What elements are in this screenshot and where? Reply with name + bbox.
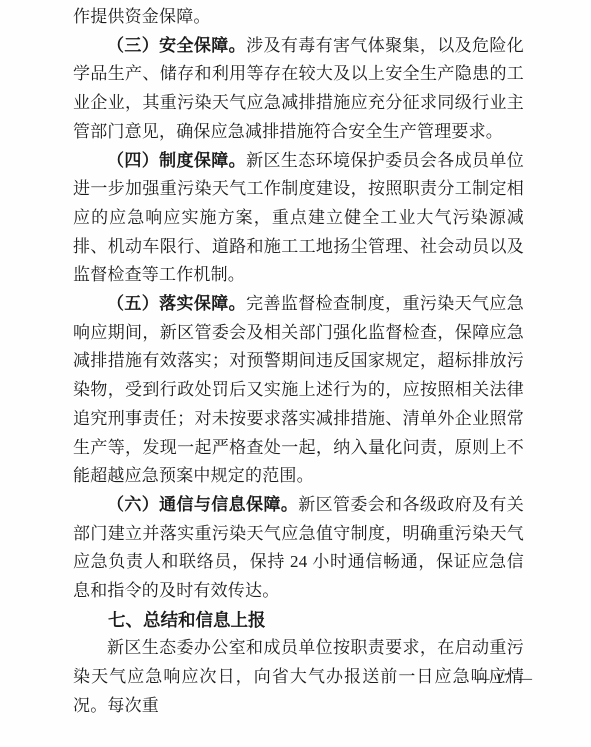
heading-text: 七、总结和信息上报 <box>108 610 266 630</box>
paragraph-lead: （四）制度保障。 <box>107 151 246 170</box>
paragraph-text: 完善监督检查制度，重污染天气应急响应期间，新区管委会及相关部门强化监督检查，保障… <box>73 294 524 485</box>
paragraph-communication-guarantee: （六）通信与信息保障。新区管委会和各级政府及有关部门建立并落实重污染天气应急值守… <box>73 491 524 606</box>
paragraph-system-guarantee: （四）制度保障。新区生态环境保护委员会各成员单位进一步加强重污染天气工作制度建设… <box>73 147 524 291</box>
paragraph-text: 新区生态委办公室和成员单位按职责要求，在启动重污染天气应急响应次日，向省大气办报… <box>73 638 524 714</box>
paragraph-safety-guarantee: （三）安全保障。涉及有毒有害气体聚集，以及危险化学品生产、储存和利用等存在较大及… <box>73 32 524 147</box>
continuation-paragraph: 作提供资金保障。 <box>73 3 524 32</box>
page-number: — 17 — <box>475 671 534 688</box>
paragraph-lead: （五）落实保障。 <box>107 294 246 313</box>
paragraph-implementation-guarantee: （五）落实保障。完善监督检查制度，重污染天气应急响应期间，新区管委会及相关部门强… <box>73 290 524 491</box>
paragraph-lead: （三）安全保障。 <box>107 36 246 55</box>
document-page: 作提供资金保障。 （三）安全保障。涉及有毒有害气体聚集，以及危险化学品生产、储存… <box>0 0 591 747</box>
paragraph-lead: （六）通信与信息保障。 <box>107 495 298 514</box>
paragraph-text: 作提供资金保障。 <box>73 7 211 26</box>
paragraph-text: 新区生态环境保护委员会各成员单位进一步加强重污染天气工作制度建设，按照职责分工制… <box>73 151 524 285</box>
text-block: 作提供资金保障。 （三）安全保障。涉及有毒有害气体聚集，以及危险化学品生产、储存… <box>73 3 524 721</box>
closing-paragraph: 新区生态委办公室和成员单位按职责要求，在启动重污染天气应急响应次日，向省大气办报… <box>73 634 524 720</box>
section-heading: 七、总结和信息上报 <box>73 606 524 635</box>
